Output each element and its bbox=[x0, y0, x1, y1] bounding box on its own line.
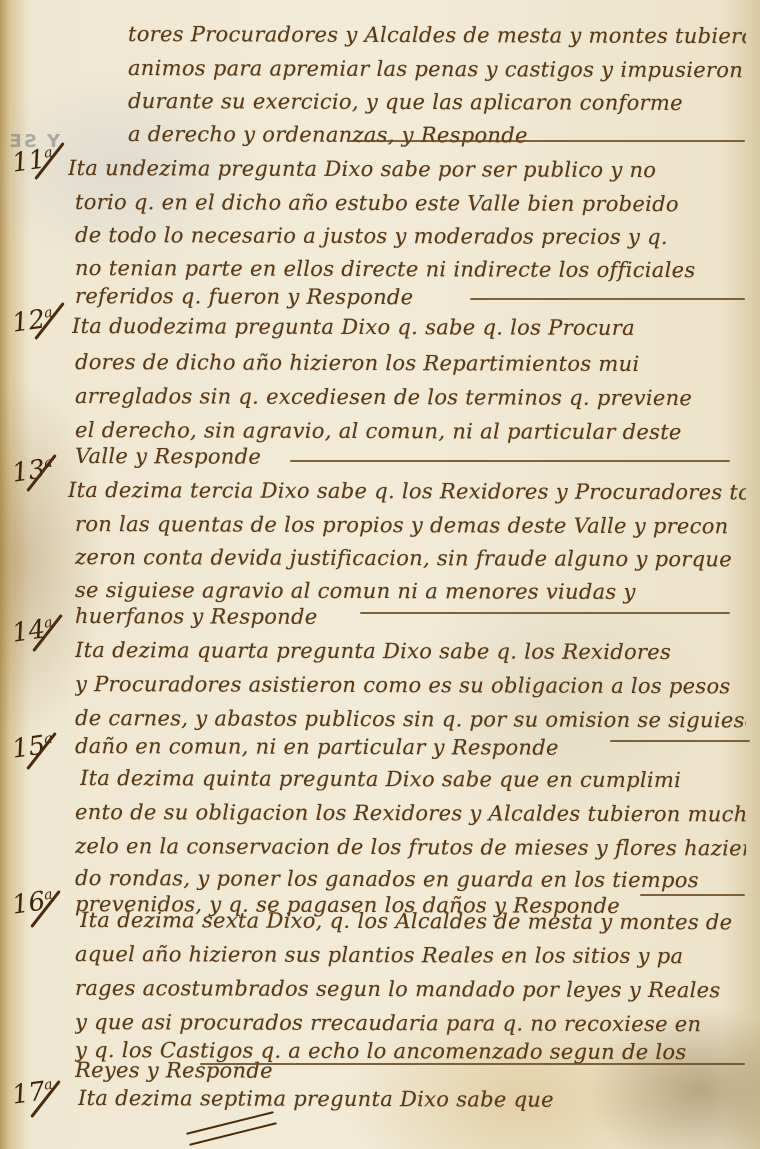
text-line: a derecho y ordenanzas, y Responde bbox=[128, 122, 746, 148]
response-rule bbox=[360, 612, 730, 614]
text-line: arreglados sin q. excediesen de los term… bbox=[75, 384, 746, 410]
text-line: aquel año hizieron sus plantios Reales e… bbox=[75, 942, 746, 968]
text-line: de todo lo necesario a justos y moderado… bbox=[75, 223, 746, 249]
text-line: Ita dezima septima pregunta Dixo sabe qu… bbox=[78, 1086, 740, 1112]
response-rule bbox=[350, 140, 745, 142]
text-line: Ita undezima pregunta Dixo sabe por ser … bbox=[68, 156, 746, 182]
text-line: Ita dezima quarta pregunta Dixo sabe q. … bbox=[75, 638, 746, 664]
text-line: y Procuradores asistieron como es su obl… bbox=[75, 672, 746, 698]
response-rule bbox=[610, 740, 750, 742]
text-line: Valle y Responde bbox=[75, 444, 746, 470]
text-line: de carnes, y abastos publicos sin q. por… bbox=[75, 706, 746, 732]
text-line: torio q. en el dicho año estubo este Val… bbox=[75, 190, 746, 216]
text-line: animos para apremiar las penas y castigo… bbox=[128, 56, 746, 82]
text-line: zelo en la conservacion de los frutos de… bbox=[75, 834, 746, 860]
closing-flourish bbox=[189, 1122, 277, 1146]
text-line: Reyes y Responde bbox=[75, 1058, 746, 1084]
text-line: ento de su obligacion los Rexidores y Al… bbox=[75, 800, 746, 826]
text-line: Ita duodezima pregunta Dixo q. sabe q. l… bbox=[72, 314, 746, 340]
response-rule bbox=[200, 1063, 745, 1065]
text-line: no tenian parte en ellos directe ni indi… bbox=[75, 256, 746, 282]
response-rule bbox=[640, 894, 745, 896]
text-line: daño en comun, ni en particular y Respon… bbox=[75, 734, 746, 760]
text-line: dores de dicho año hizieron los Repartim… bbox=[75, 350, 746, 376]
text-line: rages acostumbrados segun lo mandado por… bbox=[75, 976, 746, 1002]
response-rule bbox=[290, 460, 730, 462]
text-line: Ita dezima quinta pregunta Dixo sabe que… bbox=[80, 766, 746, 792]
text-line: zeron conta devida justificacion, sin fr… bbox=[75, 545, 746, 571]
text-line: y que asi procurados rrecaudaria para q.… bbox=[75, 1010, 746, 1036]
closing-flourish bbox=[186, 1111, 274, 1135]
text-line: Ita dezima tercia Dixo sabe q. los Rexid… bbox=[68, 478, 746, 504]
text-line: Ita dezima sexta Dixo, q. los Alcaldes d… bbox=[80, 908, 746, 934]
text-line: huerfanos y Responde bbox=[75, 604, 746, 630]
text-line: do rondas, y poner los ganados en guarda… bbox=[75, 866, 746, 892]
text-line: tores Procuradores y Alcaldes de mesta y… bbox=[128, 22, 746, 48]
text-line: se siguiese agravio al comun ni a menore… bbox=[75, 578, 746, 604]
manuscript-page: Y SE tores Procuradores y Alcaldes de me… bbox=[0, 0, 760, 1149]
text-line: ron las quentas de los propios y demas d… bbox=[75, 512, 746, 538]
response-rule bbox=[470, 298, 745, 300]
text-line: el derecho, sin agravio, al comun, ni al… bbox=[75, 418, 746, 444]
text-line: durante su exercicio, y que las aplicaro… bbox=[128, 89, 746, 115]
